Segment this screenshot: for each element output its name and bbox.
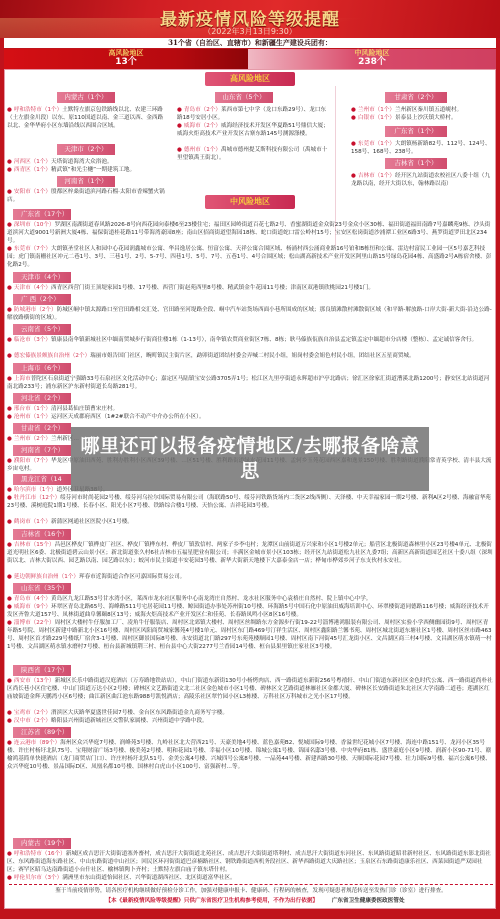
- list-item: ●白银市（1个）景泰县上沙沃镇大桥村。: [351, 114, 495, 122]
- high-risk-section-tab: 高风险地区: [205, 72, 295, 86]
- bullet-icon: ●: [7, 574, 12, 580]
- bullet-icon: ●: [7, 107, 12, 113]
- province-header: 吉林省（1个）: [385, 158, 447, 169]
- bullet-icon: ●: [7, 620, 12, 626]
- bullet-icon: ●: [7, 519, 12, 525]
- address-text: 珲春市近海街道合作区可嘉国际贸易公司。: [79, 574, 185, 580]
- list-item: ●呼和浩特市（16个）新城区成吉思汗大街街道塞外畜村，成吉思汗大街街道北苑社区、…: [7, 850, 493, 874]
- footer-divider: [9, 884, 493, 885]
- city-name: 防城港市（2个）: [14, 307, 57, 313]
- city-name: 德州市（1个）: [184, 147, 221, 153]
- footer-line: 【本《最新疫情风险等级提醒》只供广东省医疗卫生机构参考使用，不作为出行依据】 广…: [65, 897, 445, 905]
- province-header: 甘肃省（2个）: [385, 92, 447, 103]
- bullet-icon: ●: [351, 107, 356, 113]
- city-name: 鹤岗市（1个）: [14, 519, 51, 525]
- list-item: ●德州市（1个）禹城市德州提艾斯科技有限公司（禹城市十里望镇禹王街北）。: [177, 146, 329, 162]
- address-text: 运河区天成郡府西区（1#2#联合不动产中介办公所在小区）。: [51, 414, 205, 420]
- province-header: 广东省（1个）: [385, 126, 447, 137]
- bullet-icon: ●: [7, 851, 12, 857]
- risk-notice-page: 最新疫情风险等级提醒 （2022年3月13日9:30） 31个省（自治区、直辖市…: [0, 0, 500, 919]
- list-item: ●沧州市（1个）运河区天成郡府西区（1#2#联合不动产中介办公所在小区）。: [7, 413, 493, 421]
- city-name: 青岛市（4个）: [14, 596, 51, 602]
- bullet-icon: ●: [177, 147, 182, 153]
- list-item: ●威海市（2个）威海经济技术开发区华夏路51号鼎信大厦；威海火炬高技术产业开发区…: [177, 122, 329, 138]
- address-text: 大朗镇圣堂社区人和园中心花园润鑫城市公寓、华昌逸居公寓、恒富公寓、天祥公寓合围区…: [7, 246, 491, 268]
- city-name: 吉林市（15个）: [14, 542, 55, 548]
- address-text: 新城区长乐中路街道汉庭酒店（万寿路地铁站店），中山门街道东新街130号小杨烤肉店…: [7, 678, 493, 700]
- bullet-icon: ●: [7, 337, 12, 343]
- high-risk-count-panel: 高风险地区 13个: [4, 49, 248, 69]
- bullet-icon: ●: [7, 222, 12, 228]
- list-item: ●兰州市（1个）兰州新区秦川镇五道岘村。: [351, 106, 495, 114]
- list-item: ●吉林市（15个）昌邑区桦皮厂镇桦皮厂社区、桦皮厂镇桦东村、桦皮厂镇敦信村、两家…: [7, 541, 493, 565]
- address-text: 防城区峒中镇太源路口至官田路相交汇处、官田路至河堤路全段、峒中汽车站货场西面小巷…: [7, 307, 492, 321]
- caption-overlay: 哪里还可以报备疫情地区/去哪报备啥意思: [71, 427, 429, 491]
- address-text: 西青区西营门街王顶堤家园1号楼、17号楼、西营门街赵苑西里8号楼、精武镇金牛花园…: [51, 285, 374, 291]
- city-name: 青岛市（2个）: [184, 107, 221, 113]
- address-text: 新城区成吉思汗大街街道塞外畜村，成吉思汗大街街道北苑社区、成吉思汗大街街道塔利村…: [7, 851, 491, 873]
- list-item: ●汉中市（2个）略阳县兴州街道新城社区交警队家属楼、兴州街道中学路中段。: [7, 717, 493, 725]
- city-name: 延边朝鲜族自治州（1个）: [14, 574, 79, 580]
- bullet-icon: ●: [351, 141, 356, 147]
- list-item: ●鹤岗市（1个）新蒲区网通社区医院小区1号楼。: [7, 518, 493, 526]
- city-name: 威海市（2个）: [184, 123, 221, 129]
- list-item: ●东莞市（7个）大朗镇圣堂社区人和园中心花园润鑫城市公寓、华昌逸居公寓、恒富公寓…: [7, 245, 493, 269]
- city-name: 淄博市（22个）: [14, 620, 55, 626]
- footer-issuer: 广东省卫生健康委医政医管处: [332, 898, 405, 904]
- header-banner: 最新疫情风险等级提醒 （2022年3月13日9:30）: [0, 0, 500, 38]
- city-name: 呼伦贝尔市（3个）: [14, 875, 62, 881]
- city-name: 西安市（13个）: [14, 678, 55, 684]
- bullet-icon: ●: [7, 604, 12, 610]
- list-item: ●呼和浩特市（1个）土默特左旗京包铁路线以北、农建三环路（土左旗金川段）以东、原…: [7, 106, 167, 130]
- bullet-icon: ●: [7, 740, 12, 746]
- address-text: 绥芬河市时尚花园2号楼、绥芬河乌拉尔国际贸易有限公司（海联路50号、绥芬河铁路货…: [7, 495, 491, 509]
- bullet-icon: ●: [177, 107, 182, 113]
- bullet-icon: ●: [7, 307, 12, 313]
- list-item: ●邢台市（1个）清河县葛仙庄镇曹宋庄村。: [7, 405, 493, 413]
- list-item: ●延边朝鲜族自治州（1个）珲春市近海街道合作区可嘉国际贸易公司。: [7, 573, 493, 581]
- list-item: ●防城港市（2个）防城区峒中镇太源路口至官田路相交汇处、官田路至河堤路全段、峒中…: [7, 306, 493, 322]
- update-date: （2022年3月13日9:30）: [0, 26, 500, 37]
- bullet-icon: ●: [7, 458, 12, 464]
- city-name: 威海市（9个）: [14, 604, 51, 610]
- province-header: 天津市（2个）: [57, 144, 115, 155]
- province-header: 广 西（2个）: [13, 294, 71, 305]
- address-text: 海州区众兴华庭7号楼、润峰苑3号楼、九岭社区北大营西21号、天豪美地4号楼、蓝色…: [7, 740, 491, 770]
- list-item: ●西安市（13个）新城区长乐中路街道汉庭酒店（万寿路地铁站店），中山门街道东新街…: [7, 677, 493, 701]
- province-header: 内蒙古（19个）: [13, 838, 71, 849]
- city-name: 德宏傣族景颇族自治州（2个）: [14, 353, 90, 359]
- city-name: 深圳市（10个）: [14, 222, 55, 228]
- province-header: 广东省（17个）: [13, 209, 71, 220]
- list-item: ●呼伦贝尔市（3个）满洲里市东山街道怡园社区、兴华街道湖西社区、北区街道富华社区…: [7, 874, 493, 882]
- city-name: 沧州市（1个）: [14, 414, 51, 420]
- province-header: 山东省（5个）: [215, 92, 273, 103]
- list-item: ●牡丹江市（12个）绥芬河市时尚花园2号楼、绥芬河乌拉尔国际贸易有限公司（海联路…: [7, 494, 493, 510]
- address-text: 周村区大楼村牛仔服加工厂、凌角牛仔服装店、周村区北郊镇大楼村、周村区丝绸路东方金…: [7, 620, 492, 650]
- city-name: 宝鸡市（2个）: [14, 710, 51, 716]
- province-header: 陕西省（17个）: [13, 665, 71, 676]
- address-text: 渭滨区大庆路华夏盛世佳园7号楼、金台区东风路街道金九商务写字楼。: [51, 710, 228, 716]
- address-text: 景泰县上沙沃镇大桥村。: [395, 115, 457, 121]
- address-text: 昌邑区桦皮厂镇桦皮厂社区、桦皮厂镇桦东村、桦皮厂镇敦信村、两家子乡李屯村；龙潭区…: [7, 542, 493, 564]
- province-header: 天津市（4个）: [13, 272, 71, 283]
- bullet-icon: ●: [7, 718, 12, 724]
- mid-risk-count: 238个: [248, 58, 496, 67]
- city-name: 兰州市（2个）: [14, 436, 51, 442]
- city-name: 牡丹江市（12个）: [14, 495, 60, 501]
- address-text: 环翠区青岛北路65号、海峰路511号宅居花园11号楼、鲸园街道办事处苏州街10号…: [7, 604, 489, 618]
- bullet-icon: ●: [7, 596, 12, 602]
- bullet-icon: ●: [7, 167, 12, 173]
- bullet-icon: ●: [7, 414, 12, 420]
- bullet-icon: ●: [177, 123, 182, 129]
- province-header: 吉林省（16个）: [13, 529, 71, 540]
- bullet-icon: ●: [7, 487, 12, 493]
- province-header: 内蒙古（1个）: [57, 92, 115, 103]
- city-name: 东莞市（1个）: [358, 141, 395, 147]
- city-name: 白银市（1个）: [358, 115, 395, 121]
- mid-risk-count-panel: 中风险地区 238个: [248, 49, 496, 69]
- city-name: 哈尔滨市（1个）: [14, 487, 57, 493]
- province-header: 云南省（5个）: [13, 324, 71, 335]
- bullet-icon: ●: [7, 436, 12, 442]
- province-header: 甘肃省（2个）: [13, 423, 71, 434]
- city-name: 上海市: [14, 376, 31, 382]
- list-item: ●东莞市（1个）大朗镇杨新路82号、112号、124号、158号、168号、23…: [351, 140, 495, 156]
- address-text: 清河县葛仙庄镇曹宋庄村。: [51, 406, 118, 412]
- city-name: 东莞市（7个）: [14, 246, 51, 252]
- mid-risk-section-tab: 中风险地区: [205, 195, 295, 209]
- province-header: 黑龙江省（14个）: [13, 474, 71, 485]
- list-item: ●连云港市（89个）海州区众兴华庭7号楼、润峰苑3号楼、九岭社区北大营西21号、…: [7, 739, 493, 827]
- address-text: 瑞丽市姐告国门社区，畹町镇民主街片区，勐卯街道团结村委会弄喊二村民小组，姐岗村委…: [90, 353, 414, 359]
- list-item: ●天津市（4个）西青区西营门街王顶堤家园1号楼、17号楼、西营门街赵苑西里8号楼…: [7, 284, 493, 292]
- list-item: ●宝鸡市（2个）渭滨区大庆路华夏盛世佳园7号楼、金台区东风路街道金九商务写字楼。: [7, 709, 493, 717]
- list-item: ●吉林市（1个）经开区九站街道农校社区八委十组（九龙路以南，经开大街以东，翰林路…: [351, 172, 495, 188]
- city-name: 兰州市（1个）: [358, 107, 395, 113]
- address-text: 普陀区石泉街道宁强路33号石泉社区文化活动中心；嘉定区马陆镇宝安公路3705弄1…: [7, 376, 489, 390]
- list-item: ●威海市（9个）环翠区青岛北路65号、海峰路511号宅居花园11号楼、鲸园街道办…: [7, 603, 493, 619]
- list-item: ●青岛市（2个）莱西市第七中学（龙口东路29号）、龙口东路18号安居小区。: [177, 106, 329, 122]
- address-text: 黄岛区九龙江路53号甘水湾小区，莱西市龙水社区服务中心南龙湾庄自然村、龙水社区服…: [51, 596, 371, 602]
- footer-disclaimer: 【本《最新疫情风险等级提醒》只供广东省医疗卫生机构参考使用，不作为出行依据】: [105, 898, 318, 904]
- city-name: 河西区（1个）: [14, 159, 51, 165]
- city-name: 濮阳市（7个）: [14, 458, 51, 464]
- bullet-icon: ●: [7, 285, 12, 291]
- bullet-icon: ●: [7, 189, 12, 195]
- footer-notice: 鉴于当前疫情形势，请各医疗机构继续做好预检分诊工作，加强对健康申报卡、健康码、行…: [9, 887, 493, 895]
- bullet-icon: ●: [7, 542, 12, 548]
- bullet-icon: ●: [7, 246, 12, 252]
- bullet-icon: ●: [7, 159, 12, 165]
- bullet-icon: ●: [7, 710, 12, 716]
- bullet-icon: ●: [7, 875, 12, 881]
- city-name: 安阳市（1个）: [14, 189, 51, 195]
- city-name: 西青区（1个）: [14, 167, 51, 173]
- province-header: 河北省（2个）: [13, 393, 71, 404]
- list-item: ●上海市普陀区石泉街道宁强路33号石泉社区文化活动中心；嘉定区马陆镇宝安公路37…: [7, 375, 493, 391]
- bullet-icon: ●: [351, 115, 356, 121]
- address-text: 满洲里市东山街道怡园社区、兴华街道湖西社区、北区街道富华社区。: [62, 875, 235, 881]
- address-text: 新蒲区网通社区医院小区1号楼。: [51, 519, 133, 525]
- bullet-icon: ●: [7, 353, 12, 359]
- city-name: 连云港市（89个）: [14, 740, 60, 746]
- list-item: ●临沧市（3个）镇康县南伞镇新城社区中缅南贸城步行街商住楼1栋（1-13号），南…: [7, 336, 493, 344]
- city-name: 汉中市（2个）: [14, 718, 51, 724]
- list-item: ●安阳市（1个）殷都区梓桑街道滨河路石榴·太阳市香辣蟹火锅店。: [7, 188, 167, 204]
- province-header: 河南省（7个）: [13, 445, 71, 456]
- address-text: 罗湖区南湖街道春风路2026-8号向西花园向泰楼6至23楼住宅；福田区园岭街道百…: [7, 222, 490, 244]
- province-header: 河南省（1个）: [57, 176, 115, 187]
- list-item: ●深圳市（10个）罗湖区南湖街道春风路2026-8号向西花园向泰楼6至23楼住宅…: [7, 221, 493, 245]
- high-risk-count: 13个: [4, 58, 248, 67]
- list-item: ●河西区（1个）天塔街道海湾大众浴池。: [7, 158, 172, 166]
- city-name: 呼和浩特市（1个）: [14, 107, 62, 113]
- city-name: 吉林市（1个）: [358, 173, 395, 179]
- bullet-icon: ●: [7, 406, 12, 412]
- province-header: 上海市（6个）: [13, 363, 71, 374]
- province-header: 江苏省（89个）: [13, 727, 71, 738]
- city-name: 呼和浩特市（16个）: [14, 851, 66, 857]
- address-text: 兰州新区秦川镇五道岘村。: [395, 107, 462, 113]
- list-item: ●西青区（1个）精武镇“和光尘樾”一期建筑工地。: [7, 166, 172, 174]
- city-name: 天津市（4个）: [14, 285, 51, 291]
- city-name: 临沧市（3个）: [14, 337, 51, 343]
- list-item: ●淄博市（22个）周村区大楼村牛仔服加工厂、凌角牛仔服装店、周村区北郊镇大楼村、…: [7, 619, 493, 651]
- address-text: 略阳县兴州街道新城社区交警队家属楼、兴州街道中学路中段。: [51, 718, 208, 724]
- address-text: 天塔街道海湾大众浴池。: [51, 159, 113, 165]
- list-item: ●青岛市（4个）黄岛区九龙江路53号甘水湾小区，莱西市龙水社区服务中心南龙湾庄自…: [7, 595, 493, 603]
- province-header: 山东省（35个）: [13, 583, 71, 594]
- list-item: ●德宏傣族景颇族自治州（2个）瑞丽市姐告国门社区，畹町镇民主街片区，勐卯街道团结…: [7, 352, 493, 360]
- address-text: 镇康县南伞镇新城社区中缅南贸城步行街商住楼1栋（1-13号），南伞镇农贸商业街区…: [51, 337, 477, 343]
- bullet-icon: ●: [7, 678, 12, 684]
- bullet-icon: ●: [7, 376, 12, 382]
- summary-line: 31个省（自治区、直辖市）和新疆生产建设兵团有：: [4, 38, 496, 48]
- bullet-icon: ●: [351, 173, 356, 179]
- bullet-icon: ●: [7, 495, 12, 501]
- address-text: 精武镇“和光尘樾”一期建筑工地。: [51, 167, 135, 173]
- city-name: 邢台市（1个）: [14, 406, 51, 412]
